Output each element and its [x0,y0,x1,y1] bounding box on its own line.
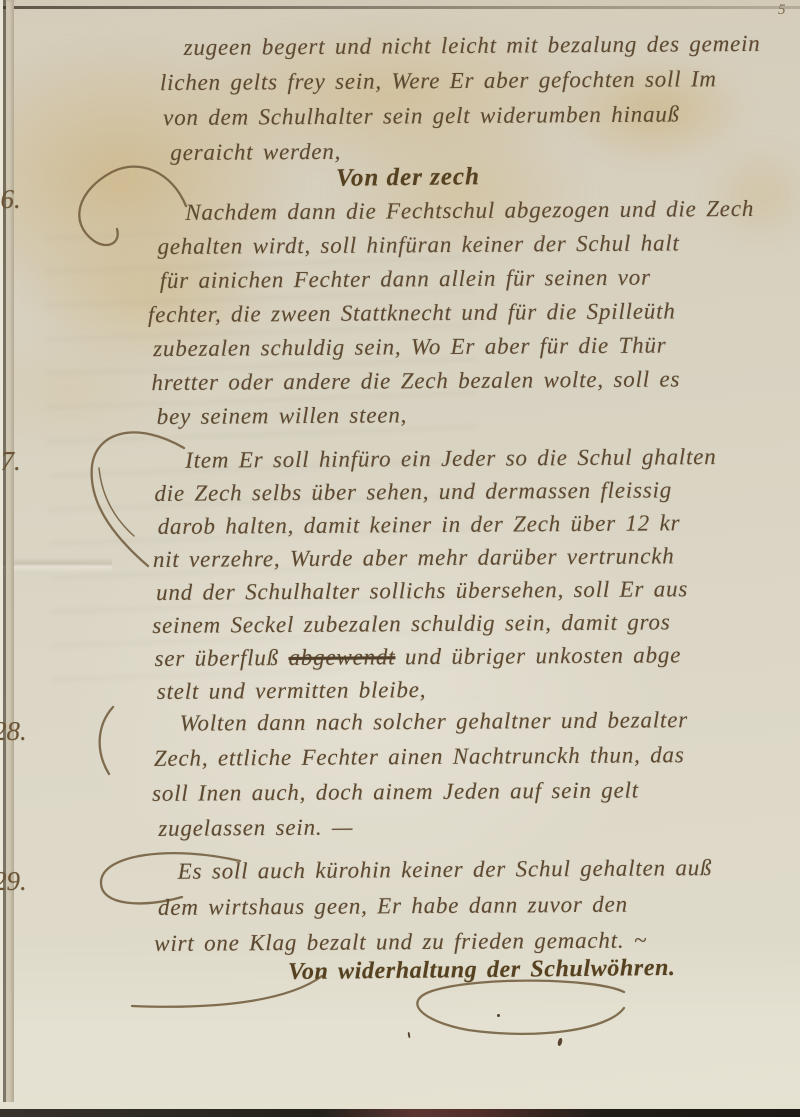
manuscript-line: dem wirtshaus geen, Er habe dann zuvor d… [150,886,713,926]
binding-edge [6,0,14,1117]
section-heading-zech: Von der zech [336,163,480,193]
manuscript-line: nit verzehre, Wurde aber mehr darüber ve… [150,539,718,576]
manuscript-line: die Zech selbs über sehen, und dermassen… [149,473,717,510]
manuscript-line: lichen gelts frey sein, Were Er aber gef… [160,61,761,100]
manuscript-line: gehalten wirdt, soll hinfüran keiner der… [147,226,754,264]
item-28-paragraph: Wolten dann nach solcher gehaltner und b… [150,702,689,846]
manuscript-line: soll Inen auch, doch ainem Jeden auf sei… [150,772,689,811]
manuscript-line: fechter, die zween Stattknecht und für d… [148,294,755,332]
manuscript-line: Zech, ettliche Fechter ainen Nachtrunckh… [150,737,689,776]
manuscript-line: bey seinem willen steen, [149,396,756,434]
flourish-initial-27-inner [99,468,134,536]
manuscript-line: seinem Seckel zubezalen schuldig sein, d… [150,605,718,642]
manuscript-line: zugelassen sein. — [150,807,689,846]
manuscript-line: für ainichen Fechter dann allein für sei… [148,260,755,298]
manuscript-page: 5 26. 27. 28. 29. zugeen begert und nich… [0,0,800,1117]
ink-speck [497,1014,500,1017]
item-26-paragraph: Nachdem dann die Fechtschul abgezogen un… [147,192,755,434]
manuscript-line: von dem Schulhalter sein gelt widerumben… [160,96,761,135]
manuscript-line-with-strikethrough: ser überfluß abgewendt und übriger unkos… [150,638,718,675]
item-29-paragraph: Es soll auch kürohin keiner der Schul ge… [150,850,713,962]
item-27-paragraph: Item Er soll hinfüro ein Jeder so die Sc… [149,440,718,708]
page-edge-bottom-outer [0,1102,800,1109]
manuscript-line: darob halten, damit keiner in der Zech ü… [150,506,718,543]
line-segment: ser überfluß [154,645,288,671]
paper-crease [0,558,112,572]
page-edge-bottom [0,1109,800,1117]
manuscript-line: zugeen begert und nicht leicht mit bezal… [160,26,761,65]
manuscript-line: hretter oder andere die Zech bezalen wol… [148,362,755,400]
manuscript-line: Es soll auch kürohin keiner der Schul ge… [150,850,713,890]
flourish-initial-28 [100,707,113,774]
margin-item-number-27: 27. [0,446,21,477]
manuscript-line: Wolten dann nach solcher gehaltner und b… [150,702,689,741]
manuscript-line: Nachdem dann die Fechtschul abgezogen un… [147,192,754,230]
ink-speck [557,1038,563,1047]
struck-word: abgewendt [288,644,395,670]
margin-item-number-29: 29. [0,866,27,897]
manuscript-line: Item Er soll hinfüro ein Jeder so die Sc… [149,440,717,477]
page-edge-top [0,6,800,9]
flourish-descender-loop [417,981,624,1034]
margin-item-number-26: 26. [0,184,21,215]
manuscript-line: und der Schulhalter sollichs übersehen, … [150,572,718,609]
intro-paragraph: zugeen begert und nicht leicht mit bezal… [160,26,762,170]
section-heading-weapons: Von widerhaltung der Schulwöhren. [288,955,676,986]
ink-speck [407,1032,410,1038]
line-segment: und übriger unkosten abge [395,642,681,669]
manuscript-line: zubezalen schuldig sein, Wo Er aber für … [148,328,755,366]
folio-number: 5 [778,2,786,19]
margin-item-number-28: 28. [0,716,27,747]
